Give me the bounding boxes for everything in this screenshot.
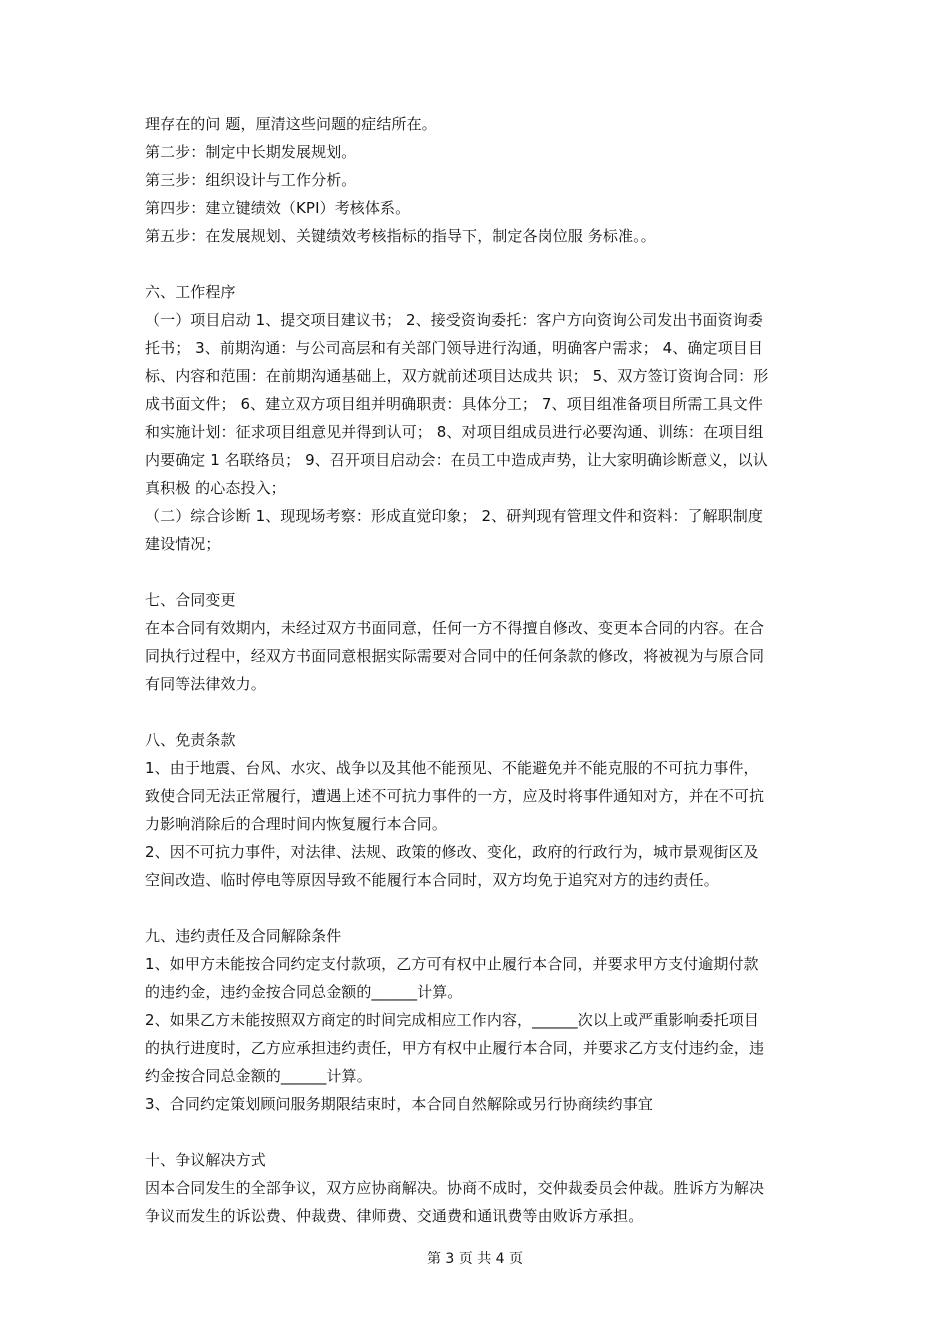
- section-heading: 十、争议解决方式: [145, 1150, 266, 1170]
- paragraph-line: 第二步：制定中长期发展规划。: [145, 142, 356, 162]
- paragraph-line: 争议而发生的诉讼费、仲裁费、律师费、交通费和通讯费等由败诉方承担。: [145, 1206, 643, 1226]
- section-heading: 九、违约责任及合同解除条件: [145, 926, 341, 946]
- paragraph-line: 约金按合同总金额的______计算。: [145, 1066, 372, 1086]
- paragraph-line: 有同等法律效力。: [145, 674, 266, 694]
- paragraph-line: 同执行过程中，经双方书面同意根据实际需要对合同中的任何条款的修改，将被视为与原合…: [145, 646, 764, 666]
- paragraph-line: 托书； 3、前期沟通：与公司高层和有关部门领导进行沟通，明确客户需求； 4、确定…: [145, 338, 763, 358]
- paragraph-line: 1、如甲方未能按合同约定支付款项，乙方可有权中止履行本合同，并要求甲方支付逾期付…: [145, 954, 759, 974]
- paragraph-line: 第五步：在发展规划、关键绩效考核指标的指导下，制定各岗位服 务标准。。: [145, 226, 656, 246]
- paragraph-line: 理存在的问 题，厘清这些问题的症结所在。: [145, 114, 437, 134]
- paragraph-line: 2、如果乙方未能按照双方商定的时间完成相应工作内容，______次以上或严重影响…: [145, 1010, 759, 1030]
- paragraph-line: 第三步：组织设计与工作分析。: [145, 170, 356, 190]
- paragraph-line: 的违约金，违约金按合同总金额的______计算。: [145, 982, 462, 1002]
- paragraph-line: 建设情况；: [145, 534, 221, 554]
- paragraph-line: 3、合同约定策划顾问服务期限结束时，本合同自然解除或另行协商续约事宜: [145, 1094, 653, 1114]
- page-number-footer: 第 3 页 共 4 页: [0, 1249, 950, 1269]
- paragraph-line: 的执行进度时，乙方应承担违约责任，甲方有权中止履行本合同，并要求乙方支付违约金，…: [145, 1038, 764, 1058]
- paragraph-line: 空间改造、临时停电等原因导致不能履行本合同时，双方均免于追究对方的违约责任。: [145, 870, 719, 890]
- paragraph-line: 致使合同无法正常履行，遭遇上述不可抗力事件的一方，应及时将事件通知对方，并在不可…: [145, 786, 764, 806]
- paragraph-line: 成书面文件； 6、建立双方项目组并明确职责：具体分工； 7、项目组准备项目所需工…: [145, 394, 763, 414]
- paragraph-line: 力影响消除后的合理时间内恢复履行本合同。: [145, 814, 447, 834]
- paragraph-line: 在本合同有效期内，未经过双方书面同意，任何一方不得擅自修改、变更本合同的内容。在…: [145, 618, 764, 638]
- section-heading: 八、免责条款: [145, 730, 236, 750]
- section-heading: 七、合同变更: [145, 590, 236, 610]
- paragraph-line: 真积极 的心态投入；: [145, 478, 286, 498]
- document-page: 理存在的问 题，厘清这些问题的症结所在。第二步：制定中长期发展规划。第三步：组织…: [0, 0, 950, 1344]
- paragraph-line: 标、内容和范围：在前期沟通基础上，双方就前述项目达成共 识； 5、双方签订资询合…: [145, 366, 768, 386]
- paragraph-line: 2、因不可抗力事件，对法律、法规、政策的修改、变化，政府的行政行为，城市景观街区…: [145, 842, 759, 862]
- paragraph-line: 内要确定 1 名联络员； 9、召开项目启动会：在员工中造成声势，让大家明确诊断意…: [145, 450, 768, 470]
- paragraph-line: 因本合同发生的全部争议，双方应协商解决。协商不成时，交仲裁委员会仲裁。胜诉方为解…: [145, 1178, 764, 1198]
- paragraph-line: （二）综合诊断 1、现现场考察：形成直觉印象； 2、研判现有管理文件和资料：了解…: [145, 506, 763, 526]
- paragraph-line: 1、由于地震、台风、水灾、战争以及其他不能预见、不能避免并不能克服的不可抗力事件…: [145, 758, 759, 778]
- paragraph-line: 和实施计划：征求项目组意见并得到认可； 8、对项目组成员进行必要沟通、训练：在项…: [145, 422, 764, 442]
- paragraph-line: 第四步：建立键绩效（KPI）考核体系。: [145, 198, 410, 218]
- paragraph-line: （一）项目启动 1、提交项目建议书； 2、接受资询委托：客户方向资询公司发出书面…: [145, 310, 763, 330]
- section-heading: 六、工作程序: [145, 282, 236, 302]
